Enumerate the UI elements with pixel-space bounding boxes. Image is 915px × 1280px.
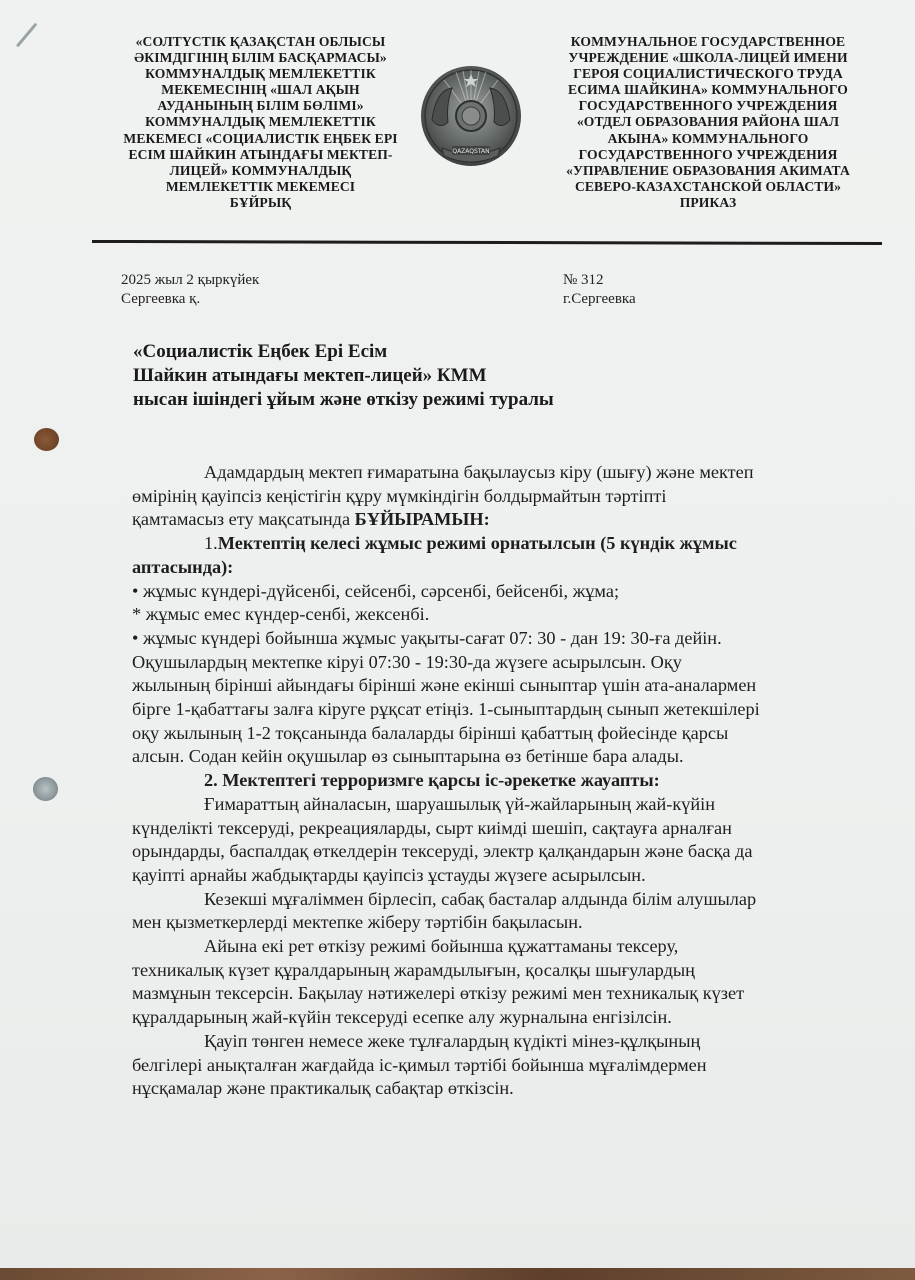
kazakhstan-emblem-icon: QAZAQSTAN xyxy=(418,60,524,172)
header-kz-line: ЕСІМ ШАЙКИН АТЫНДАҒЫ МЕКТЕП- xyxy=(108,147,413,163)
order-place-ru: г.Сергеевка xyxy=(563,290,636,309)
paragraph-line: Қауіп төнген немесе жеке тұлғалардың күд… xyxy=(132,1030,872,1054)
order-verb: БҰЙЫРАМЫН: xyxy=(355,509,490,529)
paragraph-line: орындарды, баспалдақ өткелдерін тексеруд… xyxy=(132,840,872,864)
subject-line: нысан ішіндегі ұйым және өткізу режимі т… xyxy=(133,388,554,412)
header-ru-line: ГОСУДАРСТВЕННОГО УЧРЕЖДЕНИЯ xyxy=(533,98,883,114)
bullet-working-days: • жұмыс күндері-дүйсенбі, сейсенбі, сәрс… xyxy=(132,580,872,604)
header-kz-line: МЕКЕМЕСІНІҢ «ШАЛ АҚЫН xyxy=(108,82,413,98)
paragraph-line: Ғимараттың айналасын, шаруашылық үй-жайл… xyxy=(132,793,872,817)
header-kz-line: «СОЛТҮСТІК ҚАЗАҚСТАН ОБЛЫСЫ xyxy=(108,34,413,50)
item-2-heading: 2. Мектептегі терроризмге қарсы іс-әреке… xyxy=(132,769,872,793)
paragraph-line: жылының бірінші айындағы бірінші және ек… xyxy=(132,674,872,698)
order-number-block: № 312 г.Сергеевка xyxy=(563,271,636,309)
paragraph-line: алсын. Содан кейін оқушылар өз сыныптары… xyxy=(132,745,872,769)
order-place-kz: Сергеевка қ. xyxy=(121,290,259,309)
header-kz-line: КОММУНАЛДЫҚ МЕМЛЕКЕТТІК xyxy=(108,114,413,130)
intro-line: өмірінің қауіпсіз кеңістігін құру мүмкін… xyxy=(132,485,872,509)
header-ru-line: АКЫНА» КОММУНАЛЬНОГО xyxy=(533,131,883,147)
paragraph-line: қауіпті арнайы жабдықтарды қауіпсіз ұста… xyxy=(132,864,872,888)
punch-hole-bottom xyxy=(33,777,58,801)
paragraph-line: белгілері анықталған жағдайда іс-қимыл т… xyxy=(132,1054,872,1078)
header-ru-order-title: ПРИКАЗ xyxy=(533,195,883,211)
header-kz-line: МЕМЛЕКЕТТІК МЕКЕМЕСІ xyxy=(108,179,413,195)
paragraph-line: оқу жылының 1-2 тоқсанында балаларды бір… xyxy=(132,722,872,746)
order-subject: «Социалистік Еңбек Ері Есім Шайкин атынд… xyxy=(133,340,554,412)
bullet-non-working-days: * жұмыс емес күндер-сенбі, жексенбі. xyxy=(132,603,872,627)
header-kz-line: КОММУНАЛДЫҚ МЕМЛЕКЕТТІК xyxy=(108,66,413,82)
header-kz-line: ӘКІМДІГІНІҢ БІЛІМ БАСҚАРМАСЫ» xyxy=(108,50,413,66)
punch-hole-top xyxy=(34,428,59,451)
emblem-ribbon-text: QAZAQSTAN xyxy=(452,148,489,155)
intro-line: қамтамасыз ету мақсатында БҰЙЫРАМЫН: xyxy=(132,508,872,532)
paragraph-line: бірге 1-қабаттағы залға кіруге рұқсат ет… xyxy=(132,698,872,722)
paragraph-line: мазмұнын тексерсін. Бақылау нәтижелері ө… xyxy=(132,982,872,1006)
order-number: № 312 xyxy=(563,271,636,290)
order-date: 2025 жыл 2 қыркүйек xyxy=(121,271,259,290)
table-surface xyxy=(0,1268,915,1280)
paragraph-line: нұсқамалар және практикалық сабақтар өтк… xyxy=(132,1077,872,1101)
header-ru-line: ГЕРОЯ СОЦИАЛИСТИЧЕСКОГО ТРУДА xyxy=(533,66,883,82)
subject-line: Шайкин атындағы мектеп-лицей» КММ xyxy=(133,364,554,388)
paragraph-line: күнделікті тексеруді, рекреацияларды, сы… xyxy=(132,817,872,841)
header-kz-line: АУДАНЫНЫҢ БІЛІМ БӨЛІМІ» xyxy=(108,98,413,114)
paragraph-line: мен қызметкерлерді мектепке жіберу тәрті… xyxy=(132,911,872,935)
paragraph-line: Кезекші мұғаліммен бірлесіп, сабақ баста… xyxy=(132,888,872,912)
header-ru-line: КОММУНАЛЬНОЕ ГОСУДАРСТВЕННОЕ xyxy=(533,34,883,50)
header-kz-order-title: БҰЙРЫҚ xyxy=(108,195,413,211)
paragraph-line: Айына екі рет өткізу режимі бойынша құжа… xyxy=(132,935,872,959)
paragraph-line: құралдарының жай-күйін тексеруді есепке … xyxy=(132,1006,872,1030)
staple-mark xyxy=(16,23,38,48)
header-kz-line: ЛИЦЕЙ» КОММУНАЛДЫҚ xyxy=(108,163,413,179)
order-date-block: 2025 жыл 2 қыркүйек Сергеевка қ. xyxy=(121,271,259,309)
header-ru-line: СЕВЕРО-КАЗАХСТАНСКОЙ ОБЛАСТИ» xyxy=(533,179,883,195)
order-body: Адамдардың мектеп ғимаратына бақылаусыз … xyxy=(132,461,872,1101)
header-ru-line: «ОТДЕЛ ОБРАЗОВАНИЯ РАЙОНА ШАЛ xyxy=(533,114,883,130)
item-1-heading: 1.Мектептің келесі жұмыс режимі орнатылс… xyxy=(132,532,872,556)
intro-line: Адамдардың мектеп ғимаратына бақылаусыз … xyxy=(132,461,872,485)
header-ru-line: ЕСИМА ШАЙКИНА» КОММУНАЛЬНОГО xyxy=(533,82,883,98)
header-divider xyxy=(92,240,882,245)
intro-text: қамтамасыз ету мақсатында xyxy=(132,509,355,529)
header-russian: КОММУНАЛЬНОЕ ГОСУДАРСТВЕННОЕ УЧРЕЖДЕНИЕ … xyxy=(533,34,883,211)
paragraph-line: техникалық күзет құралдарының жарамдылығ… xyxy=(132,959,872,983)
bullet-working-hours: • жұмыс күндері бойынша жұмыс уақыты-сағ… xyxy=(132,627,872,651)
document-page: «СОЛТҮСТІК ҚАЗАҚСТАН ОБЛЫСЫ ӘКІМДІГІНІҢ … xyxy=(0,0,915,1272)
header-ru-line: «УПРАВЛЕНИЕ ОБРАЗОВАНИЯ АКИМАТА xyxy=(533,163,883,179)
paragraph-line: Оқушылардың мектепке кіруі 07:30 - 19:30… xyxy=(132,651,872,675)
item-1-number: 1. xyxy=(204,533,218,553)
item-1-title: Мектептің келесі жұмыс режимі орнатылсын… xyxy=(218,533,737,553)
header-ru-line: ГОСУДАРСТВЕННОГО УЧРЕЖДЕНИЯ xyxy=(533,147,883,163)
subject-line: «Социалистік Еңбек Ері Есім xyxy=(133,340,554,364)
item-1-title-cont: аптасында): xyxy=(132,556,872,580)
header-ru-line: УЧРЕЖДЕНИЕ «ШКОЛА-ЛИЦЕЙ ИМЕНИ xyxy=(533,50,883,66)
header-kz-line: МЕКЕМЕСІ «СОЦИАЛИСТІК ЕҢБЕК ЕРІ xyxy=(108,131,413,147)
header-kazakh: «СОЛТҮСТІК ҚАЗАҚСТАН ОБЛЫСЫ ӘКІМДІГІНІҢ … xyxy=(108,34,413,211)
